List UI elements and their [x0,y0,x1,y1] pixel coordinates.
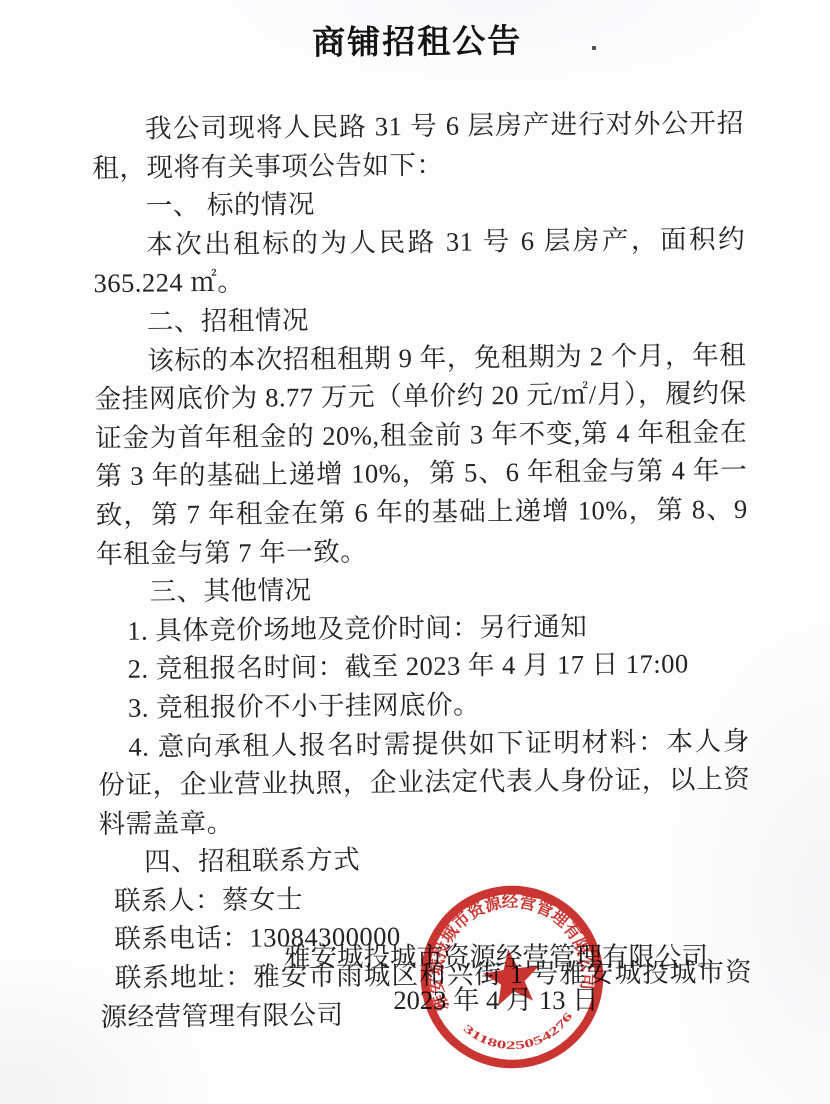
list-item-1: 1. 具体竞价场地及竞价时间：另行通知 [97,606,749,651]
section-1-text: 本次出租标的为人民路 31 号 6 层房产，面积约 365.224 ㎡。 [93,220,746,303]
section-2-text: 该标的本次招租租期 9 年，免租期为 2 个月，年租金挂网底价为 8.77 万元… [94,335,748,573]
page-title: 商铺招租公告 [91,13,743,66]
list-item-4: 4. 意向承租人报名时需提供如下证明材料：本人身份证，企业营业执照，企业法定代表… [98,721,751,843]
section-1-heading: 一、 标的情况 [93,181,745,226]
document-page: 商铺招租公告 我公司现将人民路 31 号 6 层房产进行对外公开招租，现将有关事… [0,0,830,1104]
list-item-2: 2. 竞租报名时间：截至 2023 年 4 月 17 日 17:00 [97,644,749,689]
intro-paragraph: 我公司现将人民路 31 号 6 层房产进行对外公开招租，现将有关事项公告如下： [92,104,745,187]
seal-star-icon [480,945,544,1007]
list-item-3: 3. 竞租报价不小于挂网底价。 [97,683,749,728]
section-3-heading: 三、其他情况 [96,567,748,612]
scan-speck [592,46,596,50]
section-2-heading: 二、招租情况 [94,297,746,342]
official-seal: 雅安城投城市资源经营管理有限公司 3118025054276 [402,867,621,1086]
section-4-heading: 四、招租联系方式 [99,837,751,882]
